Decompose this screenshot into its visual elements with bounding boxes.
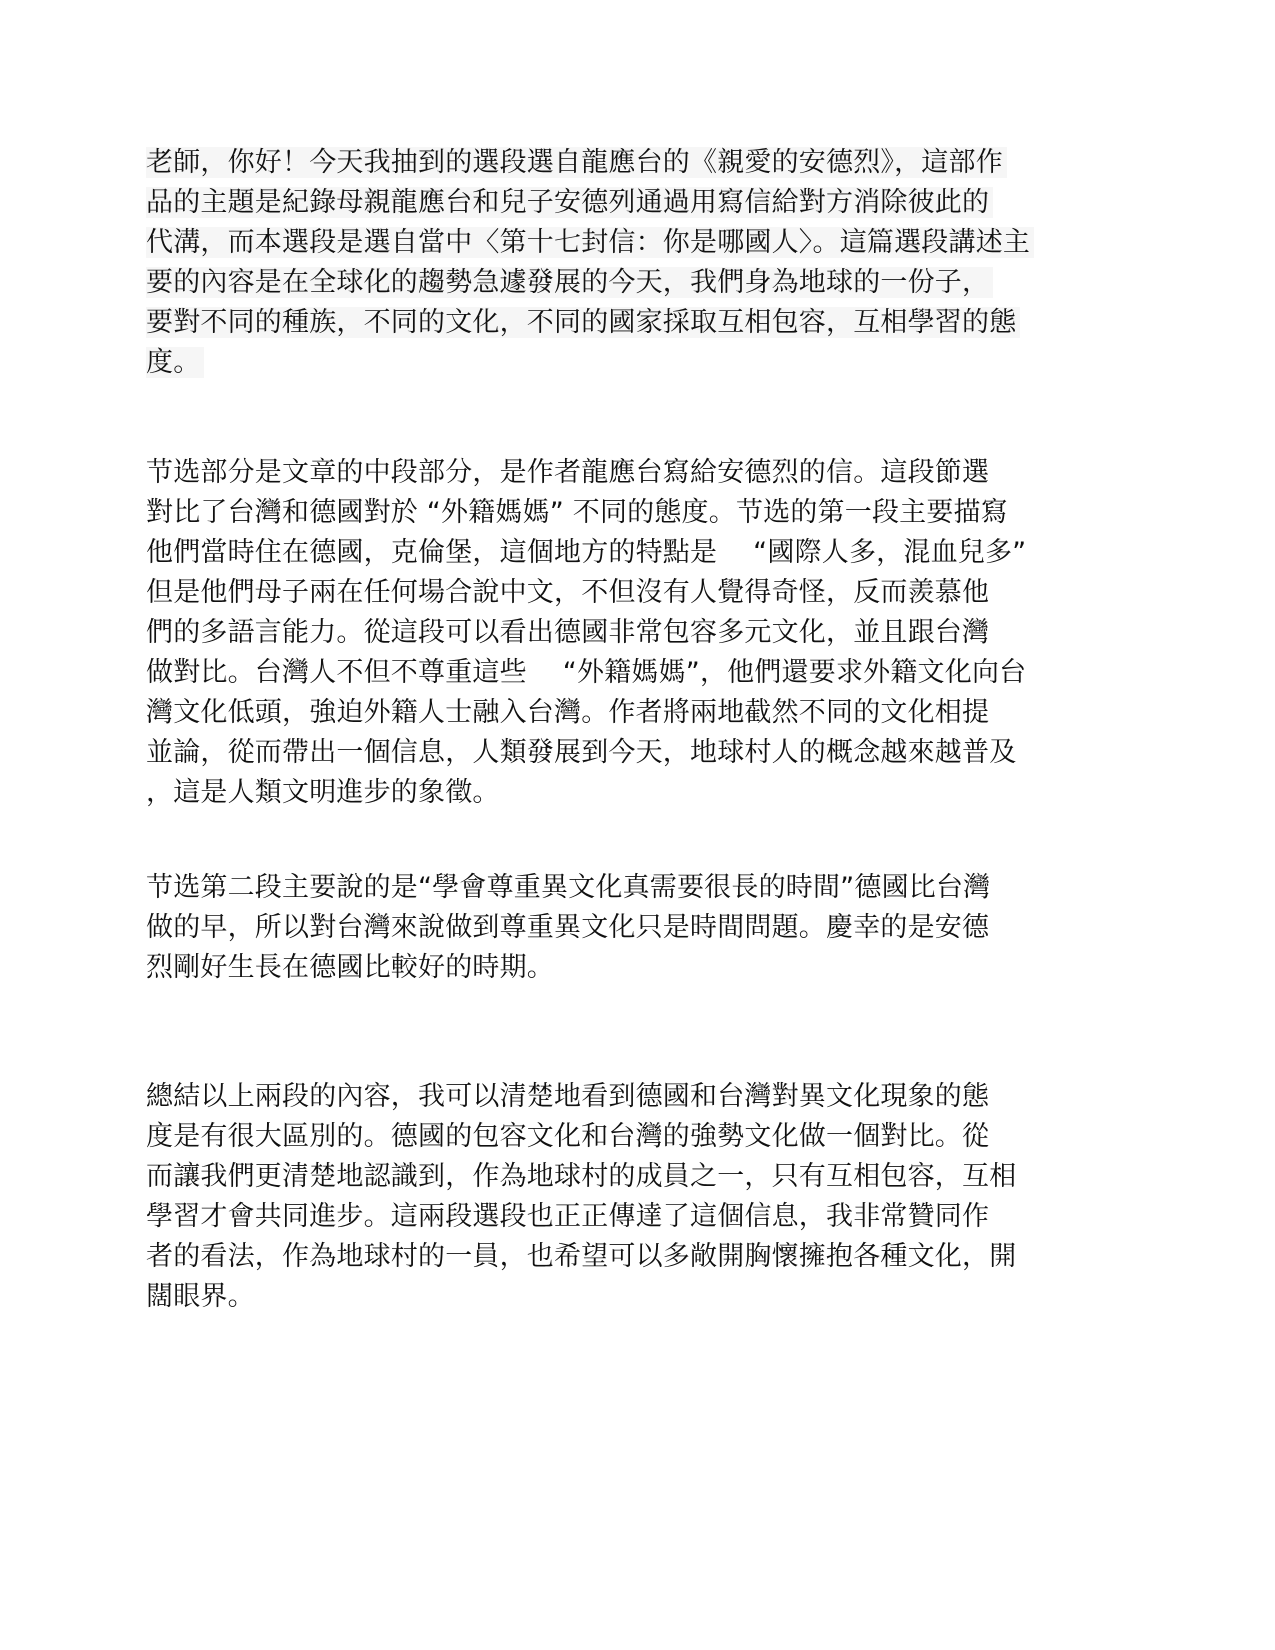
text-line: 要的內容是在全球化的趨勢急遽發展的今天，我們身為地球的一份子， xyxy=(146,263,1086,303)
text-line: 节选部分是文章的中段部分，是作者龍應台寫給安德烈的信。這段節選 xyxy=(146,453,1086,493)
text-line: 總結以上兩段的內容，我可以清楚地看到德國和台灣對異文化現象的態 xyxy=(146,1077,1086,1117)
text-line: 而讓我們更清楚地認識到，作為地球村的成員之一，只有互相包容，互相 xyxy=(146,1157,1086,1197)
text-line: 要對不同的種族，不同的文化，不同的國家採取互相包容，互相學習的態 xyxy=(146,303,1086,343)
text-line: 老師，你好！今天我抽到的選段選自龍應台的《親愛的安德烈》，這部作 xyxy=(146,143,1086,183)
text-line: 學習才會共同進步。這兩段選段也正正傳達了這個信息，我非常贊同作 xyxy=(146,1197,1086,1237)
text-line: 度。 xyxy=(146,343,1086,383)
text-line: 烈剛好生長在德國比較好的時期。 xyxy=(146,948,1086,988)
paragraph-excerpt-part-two: 节选第二段主要說的是“學會尊重異文化真需要很長的時間”德國比台灣 做的早，所以對… xyxy=(146,868,1086,988)
text-line: 代溝，而本選段是選自當中〈第十七封信：你是哪國人〉。這篇選段講述主 xyxy=(146,223,1086,263)
paragraph-conclusion: 總結以上兩段的內容，我可以清楚地看到德國和台灣對異文化現象的態 度是有很大區別的… xyxy=(146,1077,1086,1317)
text-line: 品的主題是紀錄母親龍應台和兒子安德列通過用寫信給對方消除彼此的 xyxy=(146,183,1086,223)
text-line: 度是有很大區別的。德國的包容文化和台灣的強勢文化做一個對比。從 xyxy=(146,1117,1086,1157)
paragraph-introduction: 老師，你好！今天我抽到的選段選自龍應台的《親愛的安德烈》，這部作 品的主題是紀錄… xyxy=(146,143,1086,383)
text-line: 者的看法，作為地球村的一員，也希望可以多敞開胸懷擁抱各種文化，開 xyxy=(146,1237,1086,1277)
text-line: 做對比。台灣人不但不尊重這些 “外籍媽媽”，他們還要求外籍文化向台 xyxy=(146,653,1086,693)
text-line: 做的早，所以對台灣來說做到尊重異文化只是時間問題。慶幸的是安德 xyxy=(146,908,1086,948)
paragraph-excerpt-part-one: 节选部分是文章的中段部分，是作者龍應台寫給安德烈的信。這段節選 對比了台灣和德國… xyxy=(146,453,1086,813)
text-line: ，這是人類文明進步的象徵。 xyxy=(146,773,1086,813)
text-line: 他們當時住在德國，克倫堡，這個地方的特點是 “國際人多，混血兒多” xyxy=(146,533,1086,573)
text-line: 节选第二段主要說的是“學會尊重異文化真需要很長的時間”德國比台灣 xyxy=(146,868,1086,908)
text-line: 闊眼界。 xyxy=(146,1277,1086,1317)
text-line: 灣文化低頭，強迫外籍人士融入台灣。作者將兩地截然不同的文化相提 xyxy=(146,693,1086,733)
text-line: 但是他們母子兩在任何場合說中文，不但沒有人覺得奇怪，反而羨慕他 xyxy=(146,573,1086,613)
text-line: 對比了台灣和德國對於 “外籍媽媽” 不同的態度。节选的第一段主要描寫 xyxy=(146,493,1086,533)
document-page: 老師，你好！今天我抽到的選段選自龍應台的《親愛的安德烈》，這部作 品的主題是紀錄… xyxy=(0,0,1275,1650)
text-line: 並論，從而帶出一個信息，人類發展到今天，地球村人的概念越來越普及 xyxy=(146,733,1086,773)
text-line: 們的多語言能力。從這段可以看出德國非常包容多元文化，並且跟台灣 xyxy=(146,613,1086,653)
